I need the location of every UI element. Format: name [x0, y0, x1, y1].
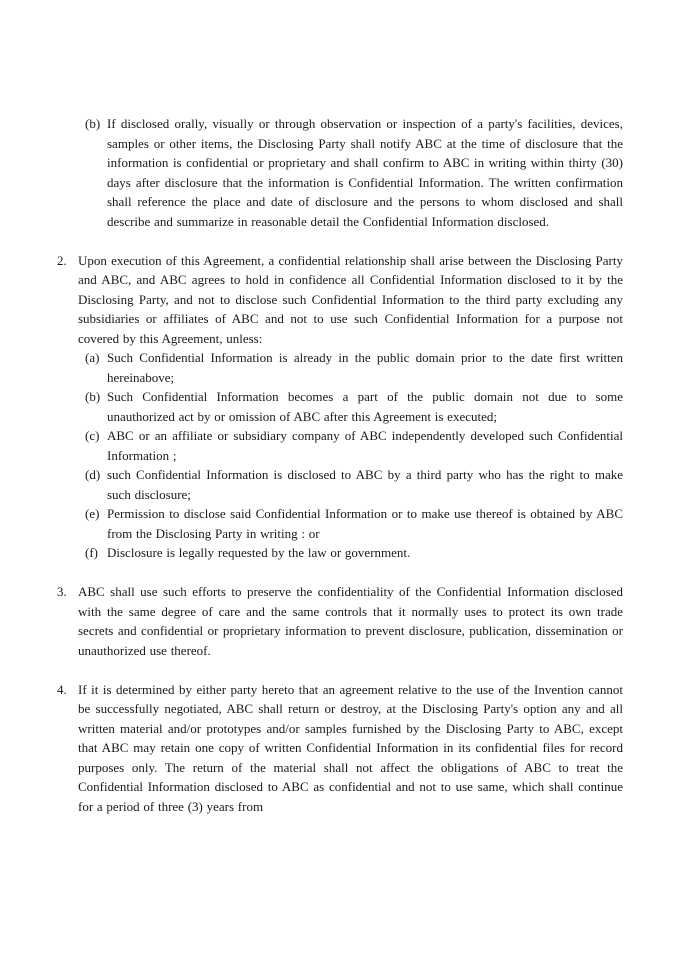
- list-item-b-text: If disclosed orally, visually or through…: [107, 114, 623, 231]
- list-item-b: (b) If disclosed orally, visually or thr…: [57, 114, 623, 231]
- clause-2-subitem-a-text: Such Confidential Information is already…: [107, 348, 623, 387]
- clause-4: 4. If it is determined by either party h…: [57, 680, 623, 817]
- document-body: (b) If disclosed orally, visually or thr…: [57, 114, 623, 816]
- clause-2-subitem-f-text: Disclosure is legally requested by the l…: [107, 543, 623, 563]
- clause-2-marker: 2.: [57, 251, 67, 271]
- list-item-b-marker: (b): [85, 114, 100, 134]
- clause-3: 3. ABC shall use such efforts to preserv…: [57, 582, 623, 660]
- clause-2-subitem-e-text: Permission to disclose said Confidential…: [107, 504, 623, 543]
- clause-2-subitem-f-marker: (f): [85, 543, 98, 563]
- clause-2-subitem-a: (a) Such Confidential Information is alr…: [57, 348, 623, 387]
- clause-2-paragraph: 2. Upon execution of this Agreement, a c…: [57, 251, 623, 349]
- document-page: (b) If disclosed orally, visually or thr…: [0, 0, 680, 962]
- clause-2-subitem-c-marker: (c): [85, 426, 99, 446]
- clause-2-subitem-d-text: such Confidential Information is disclos…: [107, 465, 623, 504]
- clause-2-subitem-e: (e) Permission to disclose said Confiden…: [57, 504, 623, 543]
- clause-4-paragraph: 4. If it is determined by either party h…: [57, 680, 623, 817]
- clause-2: 2. Upon execution of this Agreement, a c…: [57, 251, 623, 563]
- clause-3-text: ABC shall use such efforts to preserve t…: [78, 582, 623, 660]
- clause-2-subitem-d-marker: (d): [85, 465, 100, 485]
- clause-2-subitem-c-text: ABC or an affiliate or subsidiary compan…: [107, 426, 623, 465]
- clause-2-subitem-a-marker: (a): [85, 348, 99, 368]
- clause-2-subitem-c: (c) ABC or an affiliate or subsidiary co…: [57, 426, 623, 465]
- clause-3-marker: 3.: [57, 582, 67, 602]
- clause-2-subitem-b-marker: (b): [85, 387, 100, 407]
- clause-2-text: Upon execution of this Agreement, a conf…: [78, 251, 623, 349]
- clause-2-subitem-f: (f) Disclosure is legally requested by t…: [57, 543, 623, 563]
- clause-4-marker: 4.: [57, 680, 67, 700]
- clause-3-paragraph: 3. ABC shall use such efforts to preserv…: [57, 582, 623, 660]
- clause-4-text: If it is determined by either party here…: [78, 680, 623, 817]
- clause-2-subitem-b: (b) Such Confidential Information become…: [57, 387, 623, 426]
- clause-b-continuation: (b) If disclosed orally, visually or thr…: [57, 114, 623, 231]
- clause-2-subitem-e-marker: (e): [85, 504, 99, 524]
- clause-2-subitem-b-text: Such Confidential Information becomes a …: [107, 387, 623, 426]
- clause-2-subitem-d: (d) such Confidential Information is dis…: [57, 465, 623, 504]
